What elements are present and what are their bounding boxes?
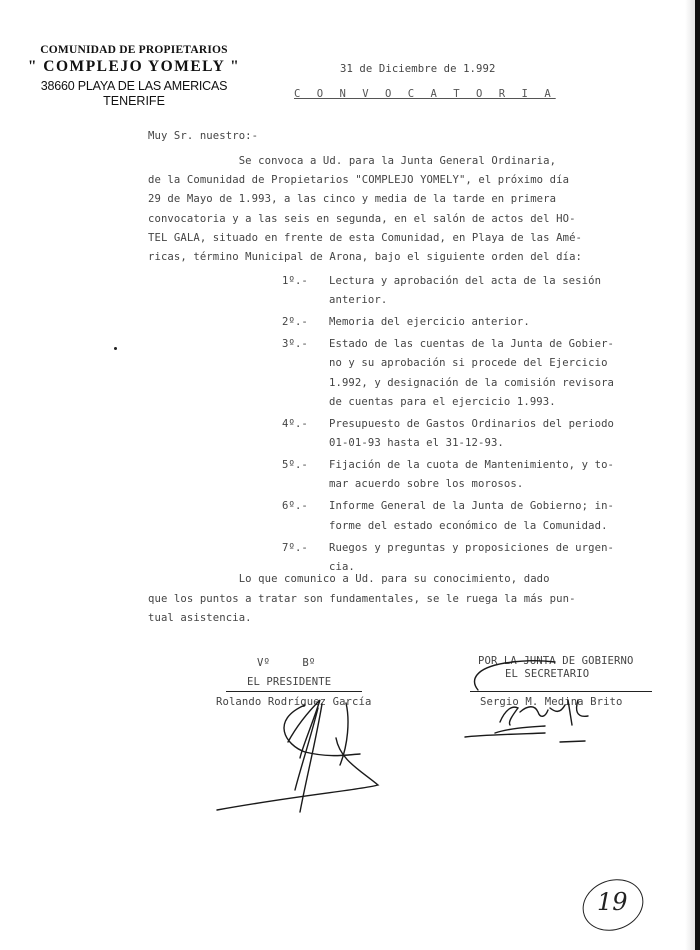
page-number: 19 — [597, 888, 628, 916]
handwritten-signatures — [0, 0, 700, 950]
